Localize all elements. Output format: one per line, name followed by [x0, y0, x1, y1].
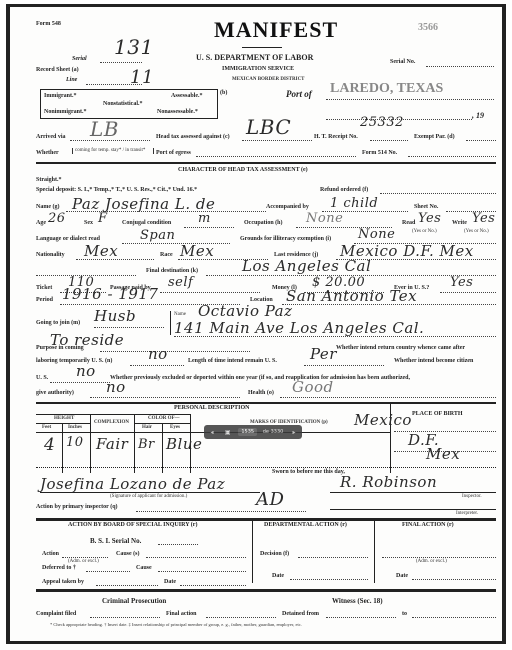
final-action-heading: FINAL ACTION (r) — [402, 522, 454, 528]
laboring-value: no — [148, 345, 168, 363]
port-line — [326, 99, 494, 100]
ht-receipt-line — [370, 140, 408, 141]
applicant-signature: Josefina Lozano de Paz — [40, 475, 225, 493]
page-total: de 3330 — [263, 429, 284, 435]
head-tax-label: Head tax assessed against (c) — [156, 134, 230, 140]
refund-label: Refund ordered (f) — [320, 187, 368, 193]
departmental-heading: DEPARTMENTAL ACTION (r) — [264, 522, 347, 528]
port-label: Port of — [286, 89, 312, 99]
location-value: San Antonio Tex — [286, 287, 417, 305]
sworn-label: Sworn to before me this day, — [272, 469, 345, 475]
age-value: 26 — [48, 211, 66, 226]
record-sheet-label: Record Sheet (a) — [36, 67, 79, 73]
to-label: to — [402, 611, 407, 617]
ticket-label: Ticket — [36, 285, 52, 291]
ht-receipt-value: 25332 — [360, 115, 404, 130]
length-value: Per — [310, 345, 337, 363]
passage-line — [160, 292, 260, 293]
head-tax-heading: CHARACTER OF HEAD TAX ASSESSMENT (e) — [178, 167, 308, 173]
primary-action-line — [136, 511, 306, 512]
board-adm-hint: (Adm. or excl.) — [68, 559, 99, 564]
decision-line — [298, 557, 368, 558]
to-line — [412, 617, 496, 618]
board-cause-line — [146, 557, 246, 558]
detained-line — [326, 617, 396, 618]
table-rule — [36, 467, 496, 468]
board-heading: ACTION BY BOARD OF SPECIAL INQUIRY (r) — [68, 522, 197, 528]
purpose-value: To reside — [50, 331, 124, 349]
form-514-line — [408, 156, 496, 157]
viewer-toolbar: ◂ ▣ 1535 de 3330 ▸ — [204, 425, 302, 439]
service-label: IMMIGRATION SERVICE — [222, 66, 294, 72]
arrived-via-value: LB — [90, 117, 119, 141]
page-title: MANIFEST — [214, 17, 338, 43]
race-value: Mex — [180, 242, 214, 260]
footer-final-action-label: Final action — [166, 611, 197, 617]
going-to-join-value: Husb — [94, 307, 136, 325]
serial-no-line — [426, 66, 494, 67]
board-cause2-label: Cause — [136, 565, 152, 571]
head-tax-line — [242, 140, 312, 141]
chevron-left-icon[interactable]: ◂ — [207, 429, 217, 436]
serial-label: Serial — [72, 56, 87, 62]
footnote: * Check appropriate heading. † Insert da… — [50, 622, 302, 627]
inches-header: Inches — [68, 425, 82, 430]
section-vline — [374, 520, 375, 583]
join-name-value: Octavio Paz — [198, 302, 293, 320]
read-value: Yes — [418, 211, 441, 226]
classification-note: (b) — [220, 90, 227, 96]
inspector-signature: R. Robinson — [340, 473, 437, 491]
ever-us-value: Yes — [450, 275, 473, 290]
appeal-label: Appeal taken by — [42, 579, 84, 585]
current-page[interactable]: 1535 — [238, 428, 257, 436]
laboring-line — [130, 365, 184, 366]
read-label: Read — [402, 220, 415, 226]
nonstatistical-option[interactable]: Nonstatistical.* — [103, 101, 143, 107]
accompanied-value: 1 child — [330, 196, 378, 211]
conjugal-value: m — [198, 211, 211, 226]
language-value: Span — [140, 228, 175, 243]
table-vline — [162, 423, 163, 473]
health-value: Good — [292, 378, 334, 396]
divider — [36, 162, 496, 164]
us-label: U. S. — [36, 375, 48, 381]
length-line — [304, 365, 384, 366]
year-suffix: , 19 — [472, 111, 484, 120]
join-bracket — [170, 311, 171, 335]
final-adm-hint: (Adm. or excl.) — [416, 559, 447, 564]
read-hint: (Yes or No.) — [412, 229, 437, 234]
final-action-line — [382, 557, 496, 558]
line-label: Line — [66, 77, 77, 83]
color-header: COLOR OF— — [148, 416, 180, 421]
final-date-label: Date — [396, 573, 408, 579]
us-line — [50, 382, 110, 383]
return-label: Whether intend return country whence cam… — [336, 345, 465, 351]
hair-header: Hair — [142, 425, 152, 430]
port-egress-label: Port of egress — [156, 150, 191, 156]
chevron-right-icon[interactable]: ▸ — [289, 429, 299, 436]
write-label: Write — [452, 220, 467, 226]
criminal-prosecution-label: Criminal Prosecution — [102, 597, 166, 605]
nonimmigrant-option[interactable]: Nonimmigrant.* — [44, 109, 87, 115]
health-line — [280, 397, 496, 398]
authority-value: no — [106, 378, 126, 396]
board-cause2-line — [158, 571, 246, 572]
us-value: no — [76, 362, 96, 380]
sex-label: Sex — [84, 220, 93, 226]
period-label: Period — [36, 297, 53, 303]
join-address-value: 141 Main Ave Los Angeles Cal. — [174, 319, 424, 337]
conjugal-label: Conjugal condition — [122, 220, 171, 226]
detained-label: Detained from — [282, 611, 319, 617]
special-deposit-label[interactable]: Special deposit: S. I.,* Temp.,* T.,* U.… — [36, 187, 197, 193]
complexion-header: COMPLEXION — [94, 420, 129, 425]
going-to-join-line — [94, 327, 164, 328]
exempt-label: Exempt Par. (d) — [414, 134, 455, 140]
classification-box: Immigrant.* Assessable.* Nonstatistical.… — [40, 89, 218, 119]
interpreter-caption: Interpreter. — [456, 511, 478, 516]
form-number: Form 548 — [36, 21, 61, 27]
decision-label: Decision (f) — [260, 551, 289, 557]
illiteracy-label: Grounds for illiteracy exemption (i) — [240, 236, 331, 242]
illiteracy-value: None — [358, 227, 395, 242]
excluded-label: Whether previously excluded or deported … — [110, 375, 410, 381]
feet-header: Feet — [42, 425, 51, 430]
going-to-join-label: Going to join (m) — [36, 320, 80, 326]
board-date-line — [180, 585, 246, 586]
primary-action-value: AD — [256, 489, 284, 510]
appeal-line — [96, 585, 158, 586]
title-underline — [242, 47, 282, 48]
place-of-birth-line-1: Mexico — [354, 411, 412, 429]
exempt-line — [466, 140, 496, 141]
authority-line — [90, 397, 240, 398]
signature-line — [40, 492, 260, 493]
place-of-birth-line-3: Mex — [426, 445, 460, 463]
race-label: Race — [160, 252, 173, 258]
authority-label: give authority) — [36, 390, 74, 396]
length-label: Length of time intend remain U. S. — [188, 358, 277, 364]
whether-options[interactable]: coming for temp. stay* / in transit* — [72, 148, 154, 154]
occupation-label: Occupation (h) — [244, 220, 283, 226]
write-hint: (Yes or No.) — [464, 229, 489, 234]
board-action-line — [62, 557, 108, 558]
join-name-label: Name — [174, 312, 186, 317]
table-rule — [36, 423, 90, 424]
port-egress-line — [196, 156, 356, 157]
final-date-line — [412, 579, 496, 580]
bsi-label: B. S. I. Serial No. — [90, 537, 141, 545]
deferred-label: Deferred to † — [42, 565, 76, 571]
passage-value: self — [168, 275, 193, 290]
interpreter-line — [330, 509, 496, 510]
laboring-label: laboring temporarily U. S. (n) — [36, 358, 112, 364]
footer-final-action-line — [206, 617, 276, 618]
complaint-line — [90, 617, 160, 618]
stamp-number: 3566 — [418, 22, 438, 33]
serial-no-label: Serial No. — [390, 59, 415, 65]
serial-line — [100, 62, 142, 63]
nonassessable-option[interactable]: Nonassessable.* — [157, 109, 198, 115]
manifest-document: Form 548 MANIFEST U. S. DEPARTMENT OF LA… — [6, 4, 506, 644]
form-514-label: Form 514 No. — [362, 150, 397, 156]
conjugal-line — [184, 227, 234, 228]
divider — [36, 518, 496, 521]
table-rule — [36, 414, 190, 415]
primary-action-label: Action by primary inspector (q) — [36, 504, 118, 510]
sex-value: F — [98, 211, 108, 226]
final-destination-value: Los Angeles Cal — [242, 257, 371, 275]
occupation-value: None — [306, 211, 343, 226]
departmental-date-line — [290, 579, 368, 580]
age-label: Age — [36, 220, 46, 226]
sheet-no-label: Sheet No. — [414, 204, 438, 210]
refund-line — [380, 193, 496, 194]
bsi-line — [158, 544, 198, 545]
accompanied-label: Accompanied by — [266, 204, 309, 210]
period-value: 1916 - 1917 — [62, 285, 158, 303]
table-vline — [62, 423, 63, 473]
divider — [36, 402, 496, 404]
applicant-caption: (Signature of applicant for admission.) — [110, 494, 187, 499]
inches-value: 10 — [66, 435, 84, 450]
final-destination-label: Final destination (k) — [146, 268, 198, 274]
whether-label: Whether — [36, 150, 59, 156]
head-tax-value: LBC — [246, 115, 291, 139]
purpose-line — [100, 351, 250, 352]
departmental-date-label: Date — [272, 573, 284, 579]
arrived-via-label: Arrived via — [36, 134, 66, 140]
table-vline — [90, 414, 91, 473]
immigrant-option[interactable]: Immigrant.* — [44, 93, 77, 99]
nationality-value: Mex — [84, 242, 118, 260]
serial-value: 131 — [114, 35, 154, 59]
eyes-value: Blue — [166, 435, 202, 453]
height-header: HEIGHT — [54, 416, 74, 421]
inspector-line — [330, 492, 496, 493]
board-cause-label: Cause (s) — [116, 551, 140, 557]
place-of-birth-header: PLACE OF BIRTH — [412, 411, 463, 417]
feet-value: 4 — [44, 435, 55, 455]
inspector-caption: Inspector. — [462, 494, 482, 499]
ht-receipt-label: H. T. Receipt No. — [314, 134, 358, 140]
name-label: Name (g) — [36, 204, 60, 210]
section-vline — [252, 520, 253, 583]
health-label: Health (o) — [248, 390, 274, 396]
description-heading: PERSONAL DESCRIPTION — [174, 405, 250, 411]
line-value: 11 — [130, 67, 154, 88]
nationality-label: Nationality — [36, 252, 65, 258]
district-label: MEXICAN BORDER DISTRICT — [232, 77, 305, 82]
port-value: LAREDO, TEXAS — [330, 81, 443, 97]
page-view-icon[interactable]: ▣ — [223, 429, 233, 436]
straight-label[interactable]: Straight.* — [36, 177, 62, 183]
divider — [36, 589, 496, 592]
board-action-label: Action — [42, 551, 59, 557]
hair-value: Br — [138, 437, 155, 452]
witness-label: Witness (Sec. 18) — [332, 597, 383, 605]
complexion-value: Fair — [96, 435, 128, 453]
eyes-header: Eyes — [170, 425, 180, 430]
complaint-label: Complaint filed — [36, 611, 76, 617]
ever-us-line — [440, 292, 496, 293]
assessable-option[interactable]: Assessable.* — [171, 93, 203, 99]
department-label: U. S. DEPARTMENT OF LABOR — [196, 53, 313, 62]
citizen-label: Whether intend become citizen — [394, 358, 473, 364]
board-date-label: Date — [164, 579, 176, 585]
write-value: Yes — [472, 211, 495, 226]
name-value: Paz Josefina L. de — [72, 195, 215, 213]
deferred-line — [86, 571, 130, 572]
